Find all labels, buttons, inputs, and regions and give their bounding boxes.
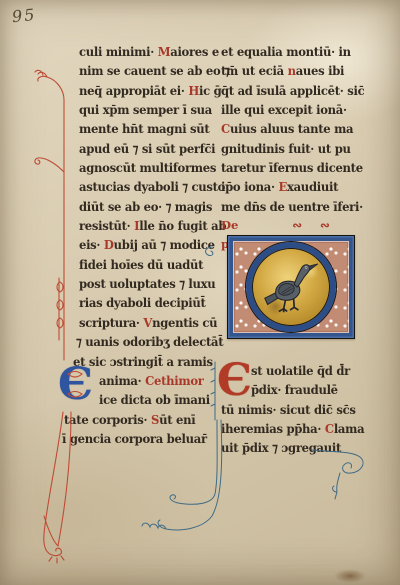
right-text-column-bottom: st uolatile q̄d d̄rp̄dix· fraudulētū nim… [221,361,363,458]
page-stain [334,569,366,583]
text-line: me dn̄s de uentre īferi· [221,197,363,218]
red-penwork-side-curl [35,158,64,172]
red-penwork-stem [57,238,64,360]
text-line: gnitudinis fuit· ut pu [221,139,363,160]
text-line: resistūt· Ille n̄o fugit ab [79,216,219,237]
text-line: q̄t ad īsulā applicēt· sic̄ [221,81,363,102]
text-line: neq̄ appropiāt ei· Hic ḡ [79,81,219,102]
miniature-roundel [246,242,336,332]
partridge-miniature-frame [227,235,355,339]
text-line: st uolatile q̄d d̄r [221,361,363,382]
partridge-bird-icon [255,252,325,322]
text-line: taretur īfernus dicente [221,158,363,179]
chapter-rubric: De perdice· ∾ ∾ ∾ [221,216,362,235]
right-text-column-top: et equalia montiū· intm̄ ut eciā naues i… [221,42,363,216]
text-line: Cuius aluus tante ma [221,119,363,140]
text-line: p̄dix· fraudulē [221,380,363,401]
text-line: culi minimi· Maiores e [79,42,219,63]
text-line: ī gencia corpora beluar̄ [62,429,219,450]
text-line: apud eū ⁊ si sūt perfc̄i [79,139,219,160]
text-line: iheremias pp̄ha· Clama [221,419,363,440]
text-line: anima· Cethimor [79,371,219,392]
text-line: agnoscūt multiformes [79,158,219,179]
text-line: ip̄o iona· Exaudiuit [221,177,363,198]
text-line: tate corporis· Sūt enī [64,410,219,431]
text-line: post uoluptates ⁊ luxu [79,274,219,295]
text-line: fidei hoīes dū uadūt [79,255,219,276]
text-line: et sic ɔstringit̄ a ramis [73,352,219,373]
text-line: ille qui excepit ionā· [221,100,363,121]
text-line: mente hn̄t magni sūt [79,119,219,140]
text-line: ice dicta ob īmani [79,390,219,411]
manuscript-page: 95 culi minimi· Maiores enim se cauent s… [0,0,400,585]
text-line: diūt se ab eo· ⁊ magis [79,197,219,218]
text-line: uit p̄dix ⁊ ɔgregauit [221,438,363,459]
text-line: qui xp̄m semper ī sua [79,100,219,121]
text-line: rias dyaboli decipiūt̄ [79,293,219,314]
text-line: tū nimis· sicut dic̄ sc̄s [221,400,363,421]
rubric-label: De perdice· [221,216,292,235]
text-line: tm̄ ut eciā naues ibi [221,61,363,82]
initial-E-blue: Є [58,360,93,410]
text-line: scriptura· Vngentis cū [79,313,219,334]
miniature-spandrels [233,241,349,333]
text-line: astucias dyaboli ⁊ custo [79,177,219,198]
folio-number: 95 [11,5,37,26]
text-line: ⁊ uanis odoribʒ delectāt̄ [76,332,219,353]
text-line: nim se cauent se ab eo ⁊ [79,61,219,82]
text-line: et equalia montiū· in [221,42,363,63]
rubric-line-fillers: ∾ ∾ ∾ [292,216,362,235]
text-line: eis· Dubij aū ⁊ modice [79,235,219,256]
left-text-column: culi minimi· Maiores enim se cauent se a… [79,42,219,448]
red-penwork-left-margin [35,70,64,238]
